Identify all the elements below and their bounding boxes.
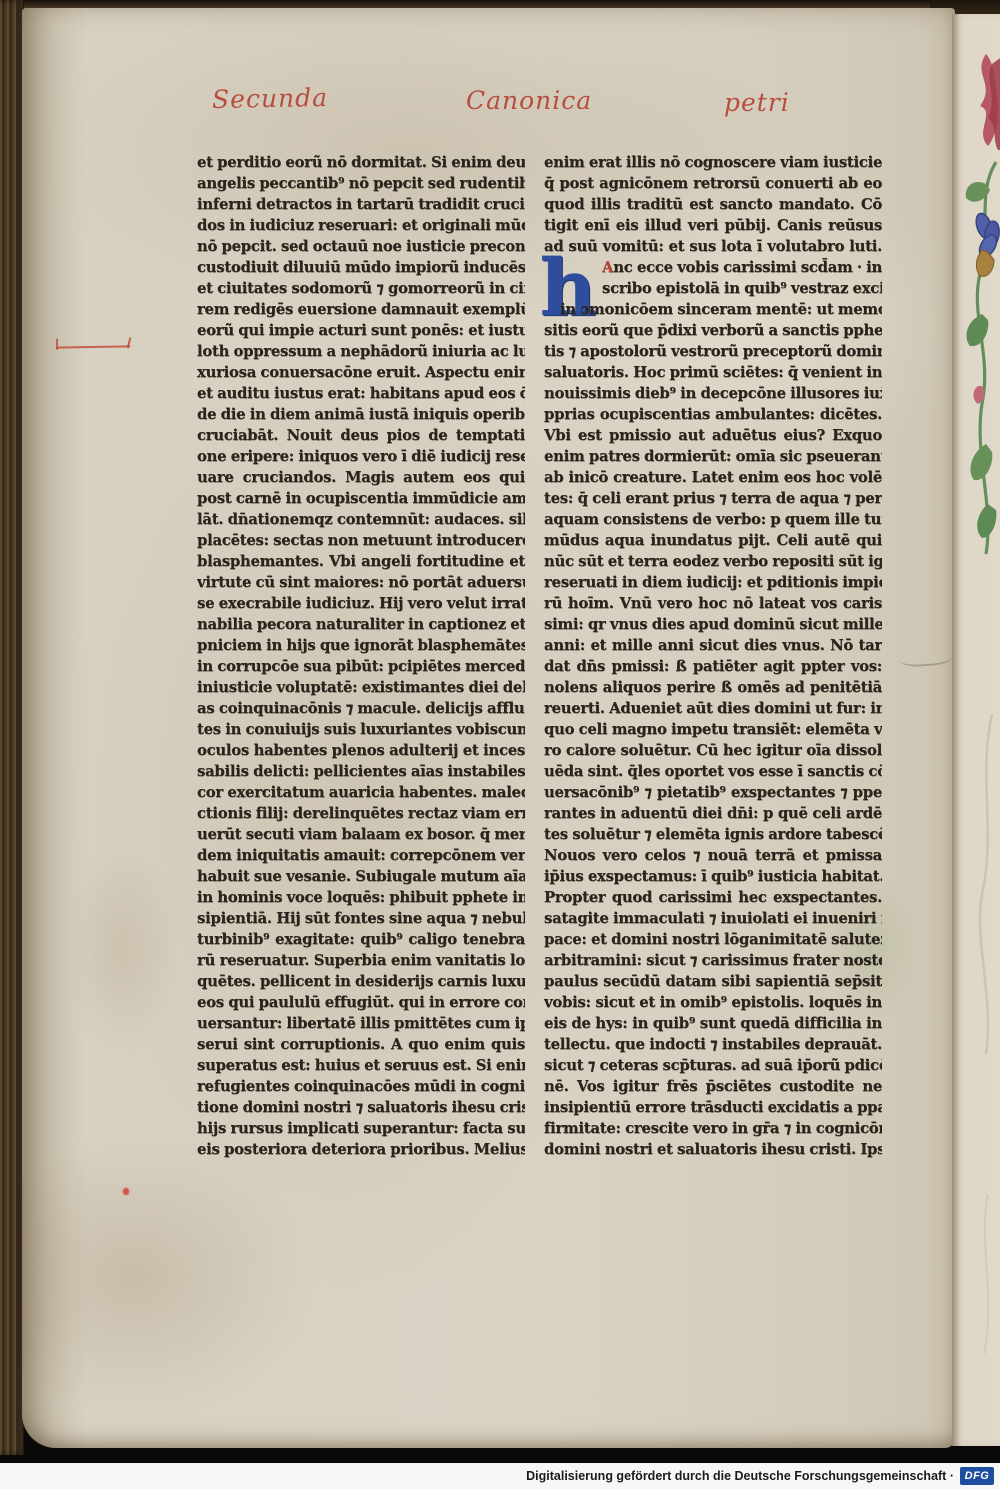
text-line: sipientiā. Hij sūt fontes sine aqua ⁊ ne…: [197, 908, 525, 929]
text-line: pace: et domini nostri lōganimitatē salu…: [544, 929, 882, 950]
parchment-stain: [60, 840, 180, 1060]
red-ink-spot: [123, 1188, 129, 1195]
text-line: eorũ qui impie acturi sunt ponēs: et ius…: [197, 320, 525, 341]
text-line: one eripere: iniquos vero ī diē iudicij …: [197, 446, 525, 467]
text-line: nō pepcit. sed octauū noe iusticie preco…: [197, 236, 525, 257]
text-line: cor exercitatum auaricia habentes. maled…: [197, 782, 525, 803]
digitization-credit-bar: Digitalisierung gefördert durch die Deut…: [0, 1463, 1000, 1489]
running-title-secunda: Secunda: [212, 83, 329, 114]
text-line: serui sint corruptionis. A quo enim quis: [197, 1034, 525, 1055]
text-line: tes: q̄ celi erant prius ⁊ terra de aqua…: [544, 488, 882, 509]
text-line: blasphemantes. Vbi angeli fortitudine et: [197, 551, 525, 572]
text-line: in corrupcōe sua pibūt: pcipiētes merced…: [197, 656, 525, 677]
text-line: uersacōnib⁹ ⁊ pietatib⁹ exspectantes ⁊ p…: [544, 782, 882, 803]
text-line: saluatoris. Hoc primū sciētes: q̄ venien…: [544, 362, 882, 383]
text-line: angelis peccantib⁹ nō pepcit sed rudenti…: [197, 173, 525, 194]
text-line: tione domini nostri ⁊ saluatoris ihesu c…: [197, 1097, 525, 1118]
text-line: nouissimis dieb⁹ in decepcōne illusores …: [544, 383, 882, 404]
text-column-left: et perditio eorũ nō dormitat. Si enim de…: [197, 152, 525, 1160]
text-line: tigit enī eis illud veri pūbij. Canis re…: [544, 215, 882, 236]
text-line: nabilia pecora naturaliter in captionez …: [197, 614, 525, 635]
text-line: refugientes coinquinacōes mūdi in cogni: [197, 1076, 525, 1097]
text-line: sitis eorũ que p̄dixi verborũ a sanctis …: [544, 320, 882, 341]
running-title-petri: petri: [724, 88, 790, 117]
text-line: tis ⁊ apostolorũ vestrorũ preceptorũ dom…: [544, 341, 882, 362]
text-line: et perditio eorũ nō dormitat. Si enim de…: [197, 152, 525, 173]
text-line: se execrabile iudiciuz. Hij vero velut i…: [197, 593, 525, 614]
text-line: oculos habentes plenos adulterij et ince…: [197, 740, 525, 761]
text-line: habuit sue vesanie. Subiugale mutum aīal: [197, 866, 525, 887]
text-line: custodiuit diluuiū mūdo impiorũ inducēs:: [197, 257, 525, 278]
text-line: aquam consistens de verbo: p quem ille t…: [544, 509, 882, 530]
credit-text: Digitalisierung gefördert durch die Deut…: [526, 1469, 954, 1483]
text-line: anni: et mille anni sicut dies vnus. Nō …: [544, 635, 882, 656]
text-line: rū hoīm. Vnū vero hoc nō lateat vos cari…: [544, 593, 882, 614]
manuscript-scan: Secunda Canonica petri et perditio eorũ …: [0, 0, 1000, 1489]
text-line: quo celi magno impetu transiēt: elemēta …: [544, 719, 882, 740]
text-line: superatus est: huius et seruus est. Si e…: [197, 1055, 525, 1076]
text-line: ro calore soluētur. Cū hec igitur oīa di…: [544, 740, 882, 761]
text-line: de die in diem animā iustā iniquis operi…: [197, 404, 525, 425]
text-line: satagite immaculati ⁊ inuiolati ei inuen…: [544, 908, 882, 929]
text-line: et ciuitates sodomorũ ⁊ gomorreorũ in ci…: [197, 278, 525, 299]
text-line: pprias ocupiscentias ambulantes: dicētes…: [544, 404, 882, 425]
text-line: simi: qr vnus dies apud dominū sicut mil…: [544, 614, 882, 635]
text-line: placētes: sectas non metuunt introducere: [197, 530, 525, 551]
text-line: nolens aliquos perire ß omēs ad penitēti…: [544, 677, 882, 698]
red-margin-annotation: [56, 333, 130, 348]
text-line: virtute cū sint maiores: nō portāt aduer…: [197, 572, 525, 593]
text-line: eos qui paululū effugiūt. qui in errore …: [197, 992, 525, 1013]
text-line: sabilis delicti: pellicientes aīas insta…: [197, 761, 525, 782]
text-line: Nouos vero celos ⁊ nouā terrā et pmissa: [544, 845, 882, 866]
text-line: eis posteriora deteriora prioribus. Meli…: [197, 1139, 525, 1160]
text-line: et auditu iustus erat: habitans apud eos…: [197, 383, 525, 404]
text-line: uare cruciandos. Magis autem eos qui: [197, 467, 525, 488]
text-line: reuerti. Adueniet aūt dies domini ut fur…: [544, 698, 882, 719]
text-line: insipientiū errore trāsducti excidatis a…: [544, 1097, 882, 1118]
text-line: post carnē in ocupiscentia immūdicie amb…: [197, 488, 525, 509]
text-line: ip̄ius exspectamus: ī quib⁹ iusticia hab…: [544, 866, 882, 887]
dfg-logo: DFG: [960, 1467, 994, 1485]
text-line: q̄ post agnicōnem retrorsū conuerti ab e…: [544, 173, 882, 194]
drop-cap-line-1-text: nc ecce vobis carissimi scd̄am · in: [613, 259, 882, 276]
text-line: reseruati in diem iudicij: et pditionis …: [544, 572, 882, 593]
text-line: dem iniquitatis amauit: correpcōnem vero: [197, 845, 525, 866]
text-line: Vbi est pmissio aut aduētus eius? Exquo: [544, 425, 882, 446]
text-line: xuriosa conuersacōne eruit. Aspectu enim: [197, 362, 525, 383]
drop-cap-line-1: Anc ecce vobis carissimi scd̄am · in: [544, 257, 882, 278]
text-line: in hominis voce loquēs: phibuit pphete i…: [197, 887, 525, 908]
text-line: in ɔmonicōem sinceram mentē: ut memores: [544, 299, 882, 320]
text-line: loth oppressum a nephādorũ iniuria ac lu: [197, 341, 525, 362]
text-line: tes in conuiuijs suis luxuriantes vobisc…: [197, 719, 525, 740]
floral-border-decoration: [952, 14, 1000, 1446]
text-line: firmitate: crescite vero in gr̄a ⁊ in co…: [544, 1118, 882, 1139]
text-line: mūdus aqua inundatus pijt. Celi autē qui: [544, 530, 882, 551]
drop-cap-line-2: scribo epistolā in quib⁹ vestraz excito: [544, 278, 882, 299]
text-line: turbinib⁹ exagitate: quib⁹ caligo tenebr…: [197, 929, 525, 950]
text-line: uēda sint. q̄les oportet vos esse ī sanc…: [544, 761, 882, 782]
rubricated-capital-a: A: [602, 259, 613, 276]
text-line: inferni detractos in tartarū tradidit cr…: [197, 194, 525, 215]
text-line: sicut ⁊ ceteras scp̄turas. ad suā ip̄orũ…: [544, 1055, 882, 1076]
text-line: pniciem in hijs que ignorāt blasphemātes: [197, 635, 525, 656]
text-line: lāt. dn̄ationemqz contemnūt: audaces. si…: [197, 509, 525, 530]
text-line: uerūt secuti viam balaam ex bosor. q̄ me…: [197, 824, 525, 845]
running-title-canonica: Canonica: [466, 86, 592, 115]
drop-cap-line-2-text: scribo epistolā in quib⁹ vestraz excito: [544, 278, 882, 299]
text-line: nē. Vos igitur frēs p̄sciētes custodite …: [544, 1076, 882, 1097]
text-line: ab inicō creature. Latet enim eos hoc vo…: [544, 467, 882, 488]
text-line: quētes. pellicent in desiderijs carnis l…: [197, 971, 525, 992]
text-line: ctionis filij: derelinquētes rectaz viam…: [197, 803, 525, 824]
book-gutter-edge: [0, 0, 24, 1455]
text-line: vobis: sicut et in omib⁹ epistolis. loqu…: [544, 992, 882, 1013]
text-line: iniusticie voluptatē: existimantes diei …: [197, 677, 525, 698]
facing-page-edge: [952, 14, 1000, 1446]
text-column-right-rest: in ɔmonicōem sinceram mentē: ut memoress…: [544, 299, 882, 1160]
text-line: hijs rursus implicati superantur: facta …: [197, 1118, 525, 1139]
text-line: nūc sūt et terra eodez verbo repositi sū…: [544, 551, 882, 572]
text-line: Propter quod carissimi hec exspectantes.: [544, 887, 882, 908]
text-line: enim patres dormierūt: omīa sic pseueran…: [544, 446, 882, 467]
text-line: rem redigēs euersione damnauit exemplū: [197, 299, 525, 320]
text-line: paulus secūdū datam sibi sapientiā sep̄s…: [544, 971, 882, 992]
text-line: domini nostri et saluatoris ihesu cristi…: [544, 1139, 882, 1160]
text-line: quod illis traditū est sancto mandato. C…: [544, 194, 882, 215]
text-line: uersantur: libertatē illis pmittētes cum…: [197, 1013, 525, 1034]
text-line: arbitramini: sicut ⁊ carissimus frater n…: [544, 950, 882, 971]
text-line: tes soluētur ⁊ elemēta ignis ardore tabe…: [544, 824, 882, 845]
text-line: rū reseruatur. Superbia enim vanitatis l…: [197, 950, 525, 971]
text-line: dos in iudiciuz reseruari: et originali …: [197, 215, 525, 236]
text-line: enim erat illis nō cognoscere viam iusti…: [544, 152, 882, 173]
text-line: dat dn̄s pmissi: ß patiēter agit ppter v…: [544, 656, 882, 677]
text-line: rantes in aduentū diei dn̄i: p quē celi …: [544, 803, 882, 824]
text-line: eis de hys: in quib⁹ sunt quedā difficil…: [544, 1013, 882, 1034]
text-column-right-top: enim erat illis nō cognoscere viam iusti…: [544, 152, 882, 257]
text-line: as coinquinacōnis ⁊ macule. delicijs aff…: [197, 698, 525, 719]
text-line: cruciabāt. Nouit deus pios de temptati: [197, 425, 525, 446]
text-line: tellectu. que indocti ⁊ instabiles depra…: [544, 1034, 882, 1055]
